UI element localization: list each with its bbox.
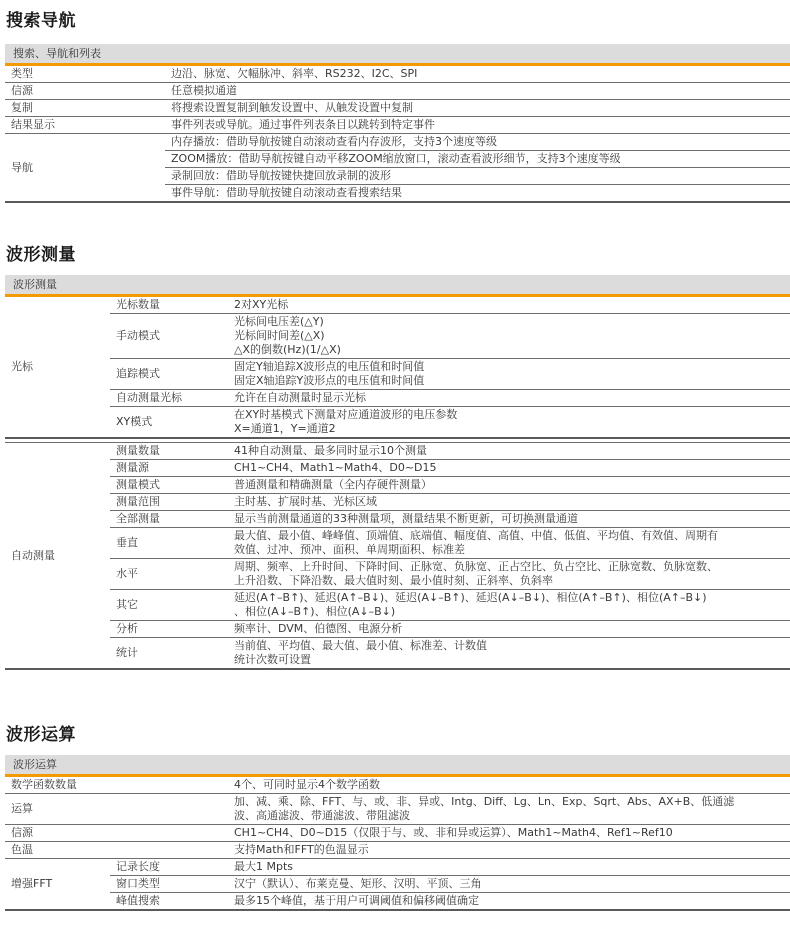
section-title-waveform-measure: 波形测量 xyxy=(6,240,76,265)
search-nav-table: 搜索、导航和列表 类型边沿、脉宽、欠幅脉冲、斜率、RS232、I2C、SPI 信… xyxy=(5,44,790,203)
row-label: 光标数量 xyxy=(110,296,228,314)
row-value: 边沿、脉宽、欠幅脉冲、斜率、RS232、I2C、SPI xyxy=(165,65,790,83)
row-label: 分析 xyxy=(110,621,228,638)
table-row: 窗口类型汉宁（默认）、布莱克曼、矩形、汉明、平顶、三角 xyxy=(5,876,790,893)
table-row: 其它延迟(A↑–B↑)、延迟(A↑–B↓)、延迟(A↓–B↑)、延迟(A↓–B↓… xyxy=(5,590,790,621)
row-value: 录制回放：借助导航按键快捷回放录制的波形 xyxy=(165,168,790,185)
row-value: 当前值、平均值、最大值、最小值、标准差、计数值 统计次数可设置 xyxy=(228,638,790,670)
table-row: 自动测量测量数量41种自动测量、最多同时显示10个测量 xyxy=(5,443,790,460)
table-row: 测量模式普通测量和精确测量（全内存硬件测量） xyxy=(5,477,790,494)
row-label: 信源 xyxy=(5,825,228,842)
table-header: 搜索、导航和列表 xyxy=(5,44,790,65)
row-value: 2对XY光标 xyxy=(228,296,790,314)
table-row: 数学函数数量4个、可同时显示4个数学函数 xyxy=(5,776,790,794)
table-header: 波形运算 xyxy=(5,755,790,776)
row-label: 水平 xyxy=(110,559,228,590)
table-row: 光标光标数量2对XY光标 xyxy=(5,296,790,314)
row-label: 运算 xyxy=(5,794,228,825)
table-row: 峰值搜索最多15个峰值，基于用户可调阈值和偏移阈值确定 xyxy=(5,893,790,911)
table-row: 垂直最大值、最小值、峰峰值、顶端值、底端值、幅度值、高值、中值、低值、平均值、有… xyxy=(5,528,790,559)
section-title-search-nav: 搜索导航 xyxy=(6,6,76,31)
row-label: 测量数量 xyxy=(110,443,228,460)
section-title-waveform-math: 波形运算 xyxy=(6,720,76,745)
group-label: 光标 xyxy=(5,296,110,439)
row-value: 延迟(A↑–B↑)、延迟(A↑–B↓)、延迟(A↓–B↑)、延迟(A↓–B↓)、… xyxy=(228,590,790,621)
row-value: 将搜索设置复制到触发设置中、从触发设置中复制 xyxy=(165,100,790,117)
row-value: 允许在自动测量时显示光标 xyxy=(228,390,790,407)
table-row: 结果显示事件列表或导航。通过事件列表条目以跳转到特定事件 xyxy=(5,117,790,134)
row-value: 光标间电压差(△Y) 光标间时间差(△X) △X的倒数(Hz)(1/△X) xyxy=(228,314,790,359)
row-value: 频率计、DVM、伯德图、电源分析 xyxy=(228,621,790,638)
row-label: 类型 xyxy=(5,65,165,83)
table-row: 复制将搜索设置复制到触发设置中、从触发设置中复制 xyxy=(5,100,790,117)
row-label: 测量源 xyxy=(110,460,228,477)
row-value: 最多15个峰值，基于用户可调阈值和偏移阈值确定 xyxy=(228,893,790,911)
table-row: 类型边沿、脉宽、欠幅脉冲、斜率、RS232、I2C、SPI xyxy=(5,65,790,83)
row-value: 汉宁（默认）、布莱克曼、矩形、汉明、平顶、三角 xyxy=(228,876,790,893)
table-row: 运算加、减、乘、除、FFT、与、或、非、异或、Intg、Diff、Lg、Ln、E… xyxy=(5,794,790,825)
table-row: 增强FFT记录长度最大1 Mpts xyxy=(5,859,790,876)
row-value: 周期、频率、上升时间、下降时间、正脉宽、负脉宽、正占空比、负占空比、正脉宽数、负… xyxy=(228,559,790,590)
row-value: 在XY时基模式下测量对应通道波形的电压参数 X=通道1，Y=通道2 xyxy=(228,407,790,439)
row-label: 追踪模式 xyxy=(110,359,228,390)
table-row: 色温支持Math和FFT的色温显示 xyxy=(5,842,790,859)
table-row: 测量源CH1~CH4、Math1~Math4、D0~D15 xyxy=(5,460,790,477)
row-value: 固定Y轴追踪X波形点的电压值和时间值 固定X轴追踪Y波形点的电压值和时间值 xyxy=(228,359,790,390)
row-value: 普通测量和精确测量（全内存硬件测量） xyxy=(228,477,790,494)
row-label: 窗口类型 xyxy=(110,876,228,893)
row-label: 复制 xyxy=(5,100,165,117)
table-row: 导航内存播放：借助导航按键自动滚动查看内存波形，支持3个速度等级 xyxy=(5,134,790,151)
waveform-measure-table: 波形测量 光标光标数量2对XY光标 手动模式光标间电压差(△Y) 光标间时间差(… xyxy=(5,275,790,670)
row-label: 手动模式 xyxy=(110,314,228,359)
row-label: 色温 xyxy=(5,842,228,859)
row-value: 4个、可同时显示4个数学函数 xyxy=(228,776,790,794)
row-label: 自动测量光标 xyxy=(110,390,228,407)
table-row: 追踪模式固定Y轴追踪X波形点的电压值和时间值 固定X轴追踪Y波形点的电压值和时间… xyxy=(5,359,790,390)
row-label: 全部测量 xyxy=(110,511,228,528)
row-value: 支持Math和FFT的色温显示 xyxy=(228,842,790,859)
row-value: CH1~CH4、Math1~Math4、D0~D15 xyxy=(228,460,790,477)
table-row: 测量范围主时基、扩展时基、光标区域 xyxy=(5,494,790,511)
table-row: 手动模式光标间电压差(△Y) 光标间时间差(△X) △X的倒数(Hz)(1/△X… xyxy=(5,314,790,359)
row-value: 事件列表或导航。通过事件列表条目以跳转到特定事件 xyxy=(165,117,790,134)
table-row: 水平周期、频率、上升时间、下降时间、正脉宽、负脉宽、正占空比、负占空比、正脉宽数… xyxy=(5,559,790,590)
row-label: 导航 xyxy=(5,134,165,203)
row-label: 统计 xyxy=(110,638,228,670)
row-label: 数学函数数量 xyxy=(5,776,228,794)
row-value: 任意模拟通道 xyxy=(165,83,790,100)
row-value: 最大值、最小值、峰峰值、顶端值、底端值、幅度值、高值、中值、低值、平均值、有效值… xyxy=(228,528,790,559)
row-value: 41种自动测量、最多同时显示10个测量 xyxy=(228,443,790,460)
group-label: 自动测量 xyxy=(5,443,110,670)
row-value: 主时基、扩展时基、光标区域 xyxy=(228,494,790,511)
row-value: 加、减、乘、除、FFT、与、或、非、异或、Intg、Diff、Lg、Ln、Exp… xyxy=(228,794,790,825)
row-value: ZOOM播放：借助导航按键自动平移ZOOM缩放窗口，滚动查看波形细节，支持3个速… xyxy=(165,151,790,168)
table-row: XY模式在XY时基模式下测量对应通道波形的电压参数 X=通道1，Y=通道2 xyxy=(5,407,790,439)
row-label: 记录长度 xyxy=(110,859,228,876)
table-row: 信源任意模拟通道 xyxy=(5,83,790,100)
row-label: 测量模式 xyxy=(110,477,228,494)
table-row: 自动测量光标允许在自动测量时显示光标 xyxy=(5,390,790,407)
row-label: 测量范围 xyxy=(110,494,228,511)
table-row: 统计当前值、平均值、最大值、最小值、标准差、计数值 统计次数可设置 xyxy=(5,638,790,670)
row-value: 最大1 Mpts xyxy=(228,859,790,876)
table-row: 全部测量显示当前测量通道的33种测量项，测量结果不断更新，可切换测量通道 xyxy=(5,511,790,528)
group-label: 增强FFT xyxy=(5,859,110,911)
table-header: 波形测量 xyxy=(5,275,790,296)
row-label: 信源 xyxy=(5,83,165,100)
row-value: 事件导航：借助导航按键自动滚动查看搜索结果 xyxy=(165,185,790,203)
row-value: CH1~CH4、D0~D15（仅限于与、或、非和异或运算）、Math1~Math… xyxy=(228,825,790,842)
row-label: 垂直 xyxy=(110,528,228,559)
table-row: 分析频率计、DVM、伯德图、电源分析 xyxy=(5,621,790,638)
waveform-math-table: 波形运算 数学函数数量4个、可同时显示4个数学函数 运算加、减、乘、除、FFT、… xyxy=(5,755,790,911)
row-value: 显示当前测量通道的33种测量项，测量结果不断更新，可切换测量通道 xyxy=(228,511,790,528)
row-value: 内存播放：借助导航按键自动滚动查看内存波形，支持3个速度等级 xyxy=(165,134,790,151)
row-label: 结果显示 xyxy=(5,117,165,134)
row-label: XY模式 xyxy=(110,407,228,439)
row-label: 其它 xyxy=(110,590,228,621)
row-label: 峰值搜索 xyxy=(110,893,228,911)
table-row: 信源CH1~CH4、D0~D15（仅限于与、或、非和异或运算）、Math1~Ma… xyxy=(5,825,790,842)
